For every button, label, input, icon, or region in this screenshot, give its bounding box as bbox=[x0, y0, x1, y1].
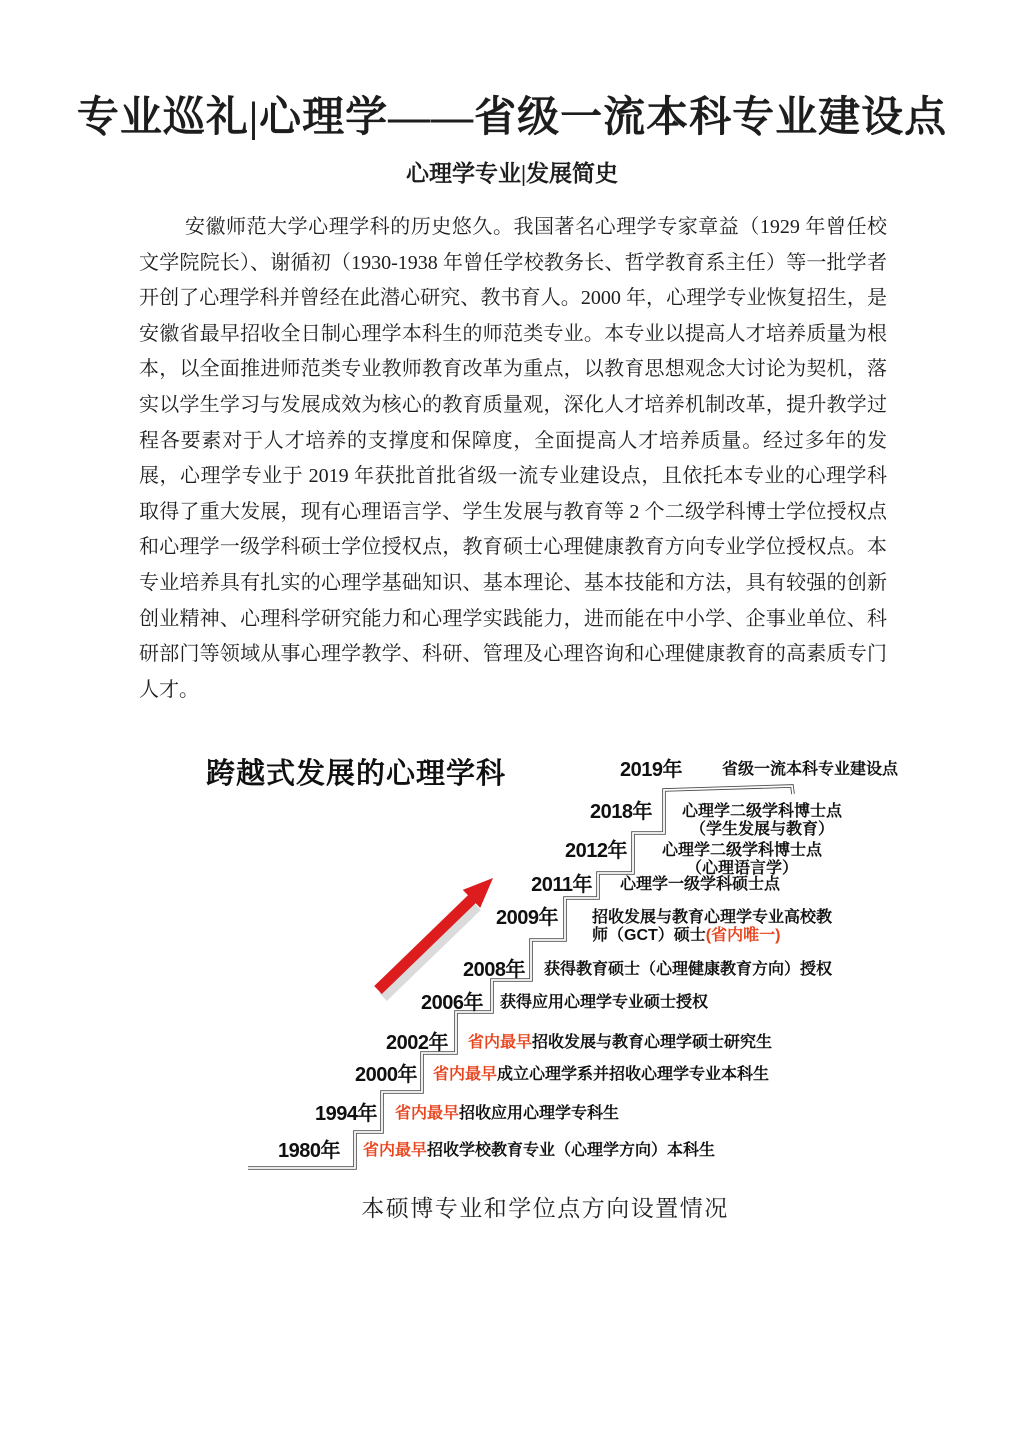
milestone-year: 2018年 bbox=[590, 799, 652, 825]
milestone-text-segment: 获得应用心理学专业硕士授权 bbox=[500, 994, 708, 1011]
development-staircase-diagram: 跨越式发展的心理学科 2019年省级一流本科专业建设点2018年心理学二级学科博… bbox=[200, 745, 890, 1185]
milestone-text-segment: 获得教育硕士（心理健康教育方向）授权 bbox=[544, 961, 832, 978]
milestone-text-segment: 师（GCT）硕士 bbox=[592, 927, 706, 944]
milestone-year: 2008年 bbox=[463, 957, 525, 983]
highlight-text: 省内最早 bbox=[395, 1105, 459, 1122]
milestone-text-segment: 心理学一级学科硕士点 bbox=[620, 876, 780, 893]
milestone-year: 2000年 bbox=[355, 1062, 417, 1088]
highlight-text: 省内最早 bbox=[433, 1066, 497, 1083]
milestone-text-segment: 招收发展与教育心理学硕士研究生 bbox=[532, 1034, 772, 1051]
milestone-text: 心理学一级学科硕士点 bbox=[620, 876, 780, 894]
milestone-text: 获得应用心理学专业硕士授权 bbox=[500, 994, 708, 1012]
milestone-text-segment: 招收学校教育专业（心理学方向）本科生 bbox=[427, 1142, 715, 1159]
body-paragraph: 安徽师范大学心理学科的历史悠久。我国著名心理学专家章益（1929 年曾任校文学院… bbox=[139, 210, 887, 708]
highlight-text: 省内最早 bbox=[468, 1034, 532, 1051]
figure-caption: 本硕博专业和学位点方向设置情况 bbox=[200, 1190, 890, 1223]
milestone-text-segment: 心理学二级学科博士点 bbox=[662, 842, 822, 859]
diagram-title: 跨越式发展的心理学科 bbox=[206, 751, 506, 792]
milestone-text-segment: 招收应用心理学专科生 bbox=[459, 1105, 619, 1122]
milestone-text-segment: （心理语言学） bbox=[686, 860, 798, 877]
milestone-text-segment: 省级一流本科专业建设点 bbox=[722, 761, 898, 778]
milestone-year: 2006年 bbox=[421, 990, 483, 1016]
milestone-text-segment: 招收发展与教育心理学专业高校教 bbox=[592, 909, 832, 926]
milestone-text: 省内最早成立心理学系并招收心理学专业本科生 bbox=[433, 1066, 769, 1084]
milestone-text: 省内最早招收发展与教育心理学硕士研究生 bbox=[468, 1034, 772, 1052]
highlight-text: (省内唯一) bbox=[706, 927, 781, 944]
milestone-year: 1980年 bbox=[278, 1138, 340, 1164]
milestone-year: 2009年 bbox=[496, 905, 558, 931]
milestone-year: 2019年 bbox=[620, 757, 682, 783]
highlight-text: 省内最早 bbox=[363, 1142, 427, 1159]
milestone-text: 招收发展与教育心理学专业高校教师（GCT）硕士(省内唯一) bbox=[592, 909, 832, 944]
milestone-year: 1994年 bbox=[315, 1101, 377, 1127]
milestone-text-segment: （学生发展与教育） bbox=[690, 821, 834, 838]
document-subtitle: 心理学专业|发展简史 bbox=[0, 155, 1024, 188]
milestone-text: 省级一流本科专业建设点 bbox=[722, 761, 898, 779]
milestone-year: 2002年 bbox=[386, 1030, 448, 1056]
milestone-text: 心理学二级学科博士点（心理语言学） bbox=[662, 842, 822, 877]
document-title: 专业巡礼|心理学——省级一流本科专业建设点 bbox=[0, 84, 1024, 144]
milestone-year: 2012年 bbox=[565, 838, 627, 864]
milestone-text-segment: 心理学二级学科博士点 bbox=[682, 803, 842, 820]
milestone-text: 心理学二级学科博士点（学生发展与教育） bbox=[682, 803, 842, 838]
milestone-text: 获得教育硕士（心理健康教育方向）授权 bbox=[544, 961, 832, 979]
milestone-text-segment: 成立心理学系并招收心理学专业本科生 bbox=[497, 1066, 769, 1083]
milestone-year: 2011年 bbox=[531, 872, 592, 898]
milestone-text: 省内最早招收应用心理学专科生 bbox=[395, 1105, 619, 1123]
milestone-text: 省内最早招收学校教育专业（心理学方向）本科生 bbox=[363, 1142, 715, 1160]
document-page: 专业巡礼|心理学——省级一流本科专业建设点 心理学专业|发展简史 安徽师范大学心… bbox=[0, 0, 1024, 1448]
